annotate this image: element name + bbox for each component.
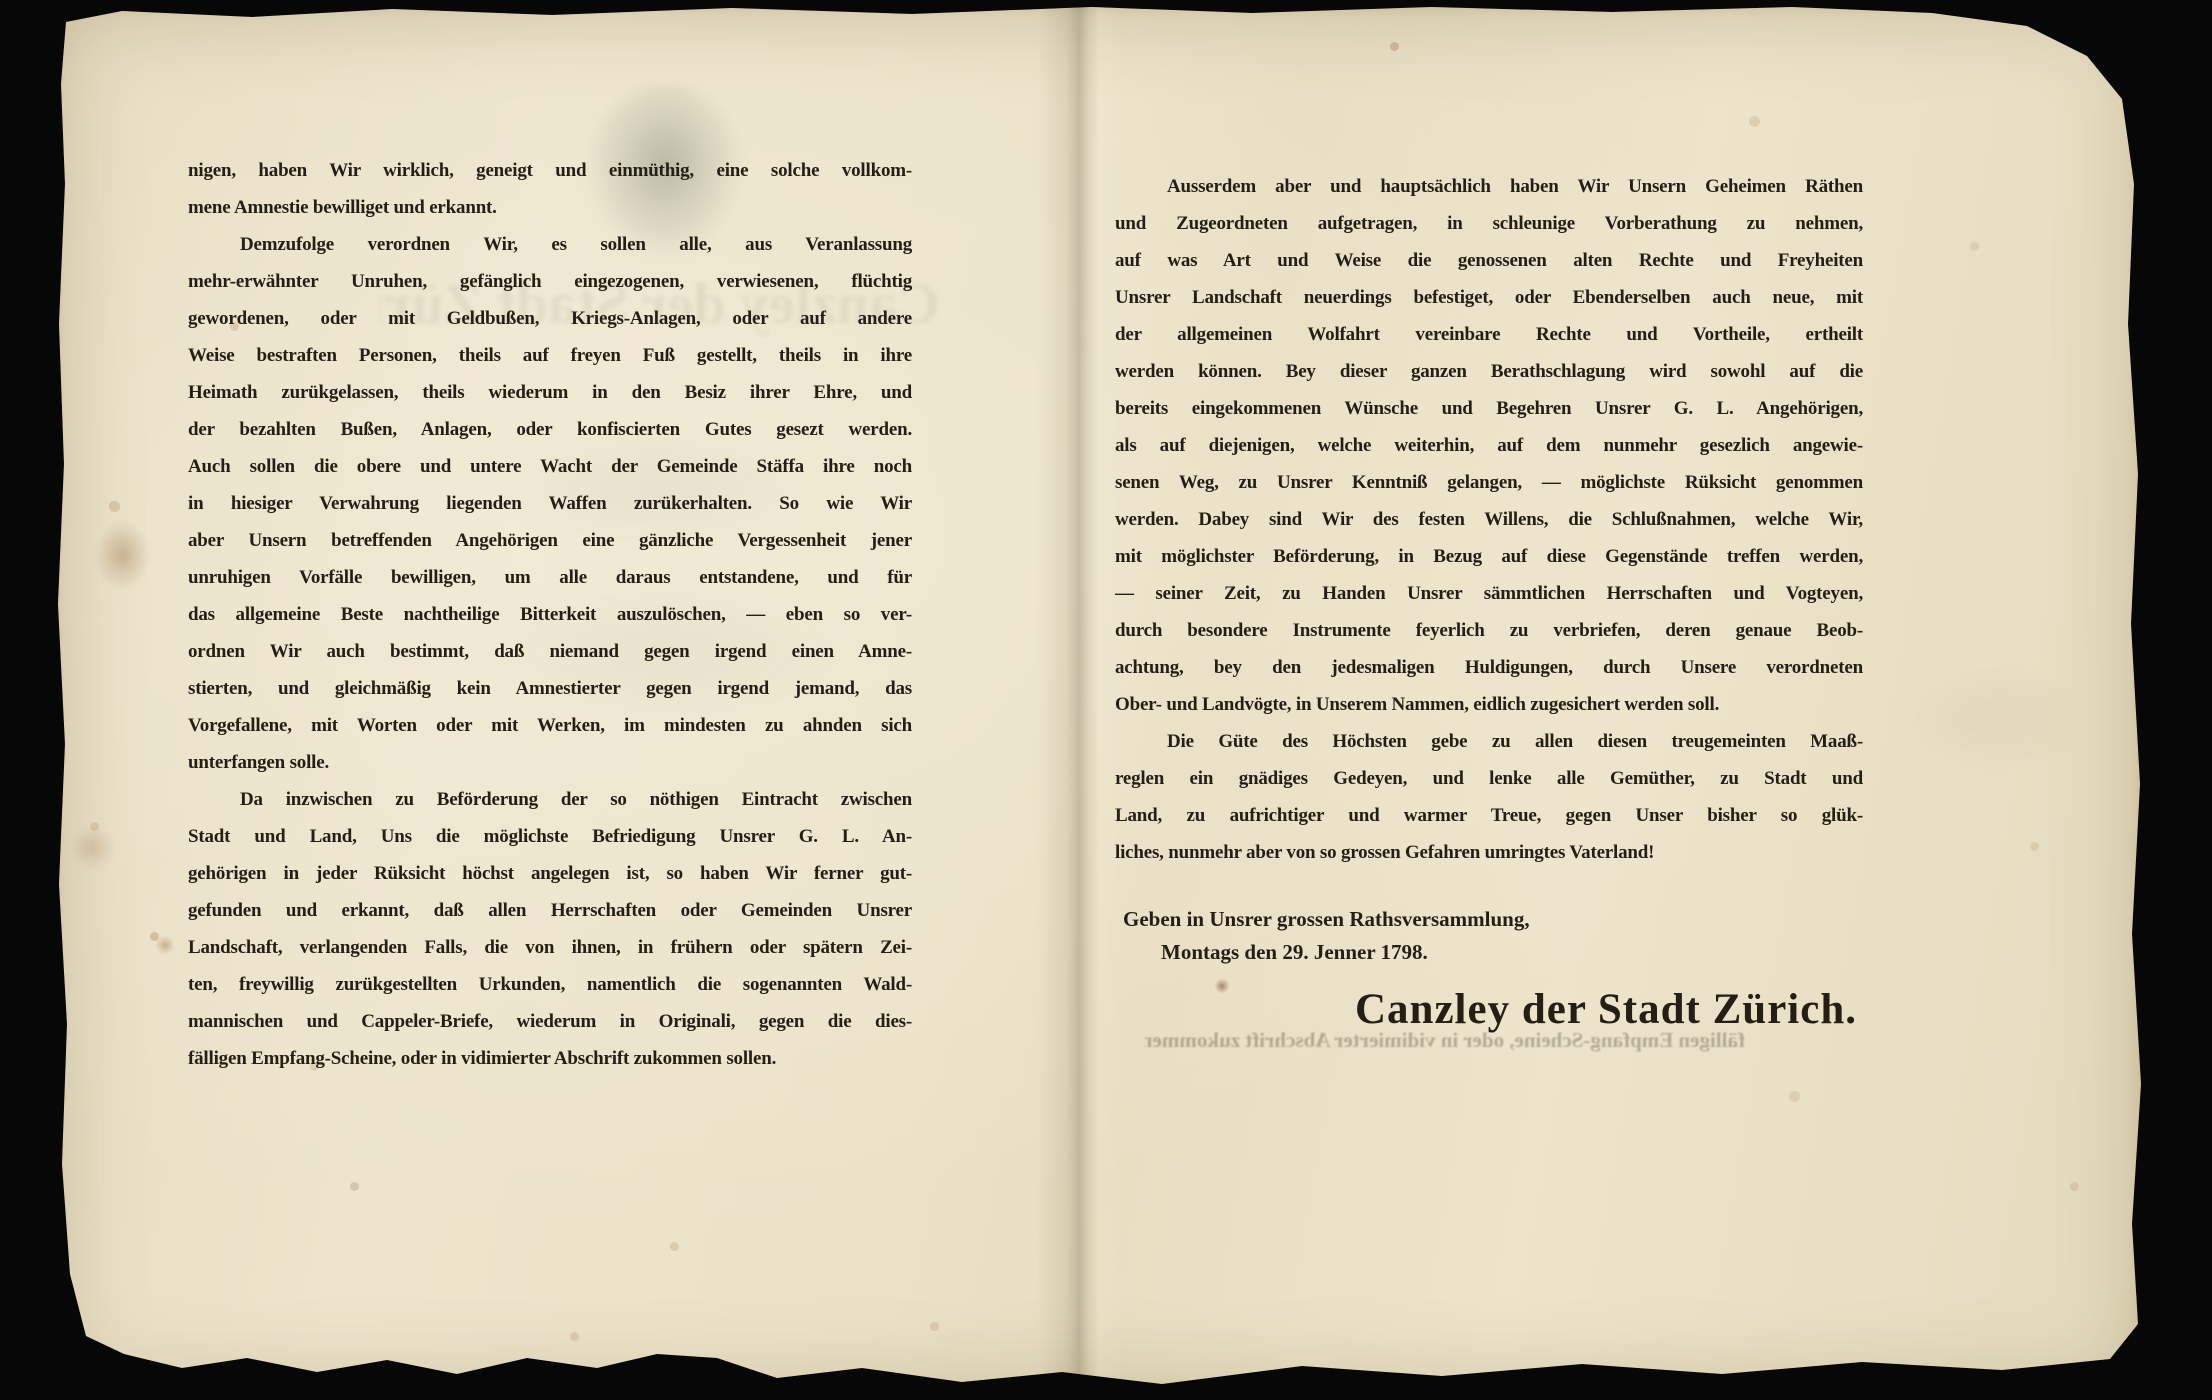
text-line: aber Unsern betreffenden Angehörigen ein… — [188, 522, 912, 559]
text-line: ten, freywillig zurükgestellten Urkunden… — [188, 966, 912, 1003]
text-line: der allgemeinen Wolfahrt vereinbare Rech… — [1115, 316, 1863, 353]
text-line: Ausserdem aber und hauptsächlich haben W… — [1115, 168, 1863, 205]
text-line: auf was Art und Weise die genossenen alt… — [1115, 242, 1863, 279]
text-line: gewordenen, oder mit Geldbußen, Kriegs-A… — [188, 300, 912, 337]
center-fold-crease — [1037, 4, 1121, 1394]
text-line: in hiesiger Verwahrung liegenden Waffen … — [188, 485, 912, 522]
paper-stain — [95, 520, 150, 590]
text-line: Stadt und Land, Uns die möglichste Befri… — [188, 818, 912, 855]
text-line: — seiner Zeit, zu Handen Unsrer sämmtlic… — [1115, 575, 1863, 612]
text-line: liches, nunmehr aber von so grossen Gefa… — [1115, 834, 1863, 871]
paper-stain — [70, 825, 115, 870]
text-line: gefunden und erkannt, daß allen Herrscha… — [188, 892, 912, 929]
text-line: Da inzwischen zu Beförderung der so nöth… — [188, 781, 912, 818]
text-line: Demzufolge verordnen Wir, es sollen alle… — [188, 226, 912, 263]
text-line: Landschaft, verlangenden Falls, die von … — [188, 929, 912, 966]
text-line: Die Güte des Höchsten gebe zu allen dies… — [1115, 723, 1863, 760]
text-line: das allgemeine Beste nachtheilige Bitter… — [188, 596, 912, 633]
text-line: mene Amnestie bewilliget und erkannt. — [188, 189, 912, 226]
text-line: der bezahlten Bußen, Anlagen, oder konfi… — [188, 411, 912, 448]
text-line: fälligen Empfang-Scheine, oder in vidimi… — [188, 1040, 912, 1077]
text-line: werden. Dabey sind Wir des festen Willen… — [1115, 501, 1863, 538]
text-line: und Zugeordneten aufgetragen, in schleun… — [1115, 205, 1863, 242]
right-page-text: Ausserdem aber und hauptsächlich haben W… — [1115, 168, 1863, 1035]
text-line: senen Weg, zu Unsrer Kenntniß gelangen, … — [1115, 464, 1863, 501]
text-line: mehr-erwähnter Unruhen, gefänglich einge… — [188, 263, 912, 300]
paper-stain — [155, 935, 175, 955]
text-line: Vorgefallene, mit Worten oder mit Werken… — [188, 707, 912, 744]
text-line: reglen ein gnädiges Gedeyen, und lenke a… — [1115, 760, 1863, 797]
text-line: gehörigen in jeder Rüksicht höchst angel… — [188, 855, 912, 892]
text-line: mit möglichster Beförderung, in Bezug au… — [1115, 538, 1863, 575]
text-line: mannischen und Cappeler-Briefe, wiederum… — [188, 1003, 912, 1040]
right-page-paragraphs: Ausserdem aber und hauptsächlich haben W… — [1115, 168, 1863, 871]
text-line: unterfangen solle. — [188, 744, 912, 781]
text-line: stierten, und gleichmäßig kein Amnestier… — [188, 670, 912, 707]
text-line: Auch sollen die obere und untere Wacht d… — [188, 448, 912, 485]
dateline-line-2: Montags den 29. Jenner 1798. — [1161, 936, 1863, 969]
text-line: durch besondere Instrumente feyerlich zu… — [1115, 612, 1863, 649]
dateline: Geben in Unsrer grossen Rathsversammlung… — [1115, 903, 1863, 969]
text-line: Land, zu aufrichtiger und warmer Treue, … — [1115, 797, 1863, 834]
text-line: als auf diejenigen, welche weiterhin, au… — [1115, 427, 1863, 464]
text-line: Unsrer Landschaft neuerdings befestiget,… — [1115, 279, 1863, 316]
bleed-through-smudge — [1892, 664, 2092, 774]
text-line: bereits eingekommenen Wünsche und Begehr… — [1115, 390, 1863, 427]
text-line: unruhigen Vorfälle bewilligen, um alle d… — [188, 559, 912, 596]
text-line: Ober- und Landvögte, in Unserem Nammen, … — [1115, 686, 1863, 723]
text-line: Weise bestraften Personen, theils auf fr… — [188, 337, 912, 374]
left-page-text: nigen, haben Wir wirklich, geneigt und e… — [188, 152, 912, 1077]
dateline-line-1: Geben in Unsrer grossen Rathsversammlung… — [1123, 903, 1863, 936]
text-line: ordnen Wir auch bestimmt, daß niemand ge… — [188, 633, 912, 670]
text-line: nigen, haben Wir wirklich, geneigt und e… — [188, 152, 912, 189]
text-line: achtung, bey den jedesmaligen Huldigunge… — [1115, 649, 1863, 686]
text-line: Heimath zurükgelassen, theils wiederum i… — [188, 374, 912, 411]
text-line: werden können. Bey dieser ganzen Beraths… — [1115, 353, 1863, 390]
document-paper: Canzley der Stadt Zürich. fälligen Empfa… — [52, 4, 2144, 1394]
signature-canzley: Canzley der Stadt Zürich. — [1115, 985, 1863, 1035]
